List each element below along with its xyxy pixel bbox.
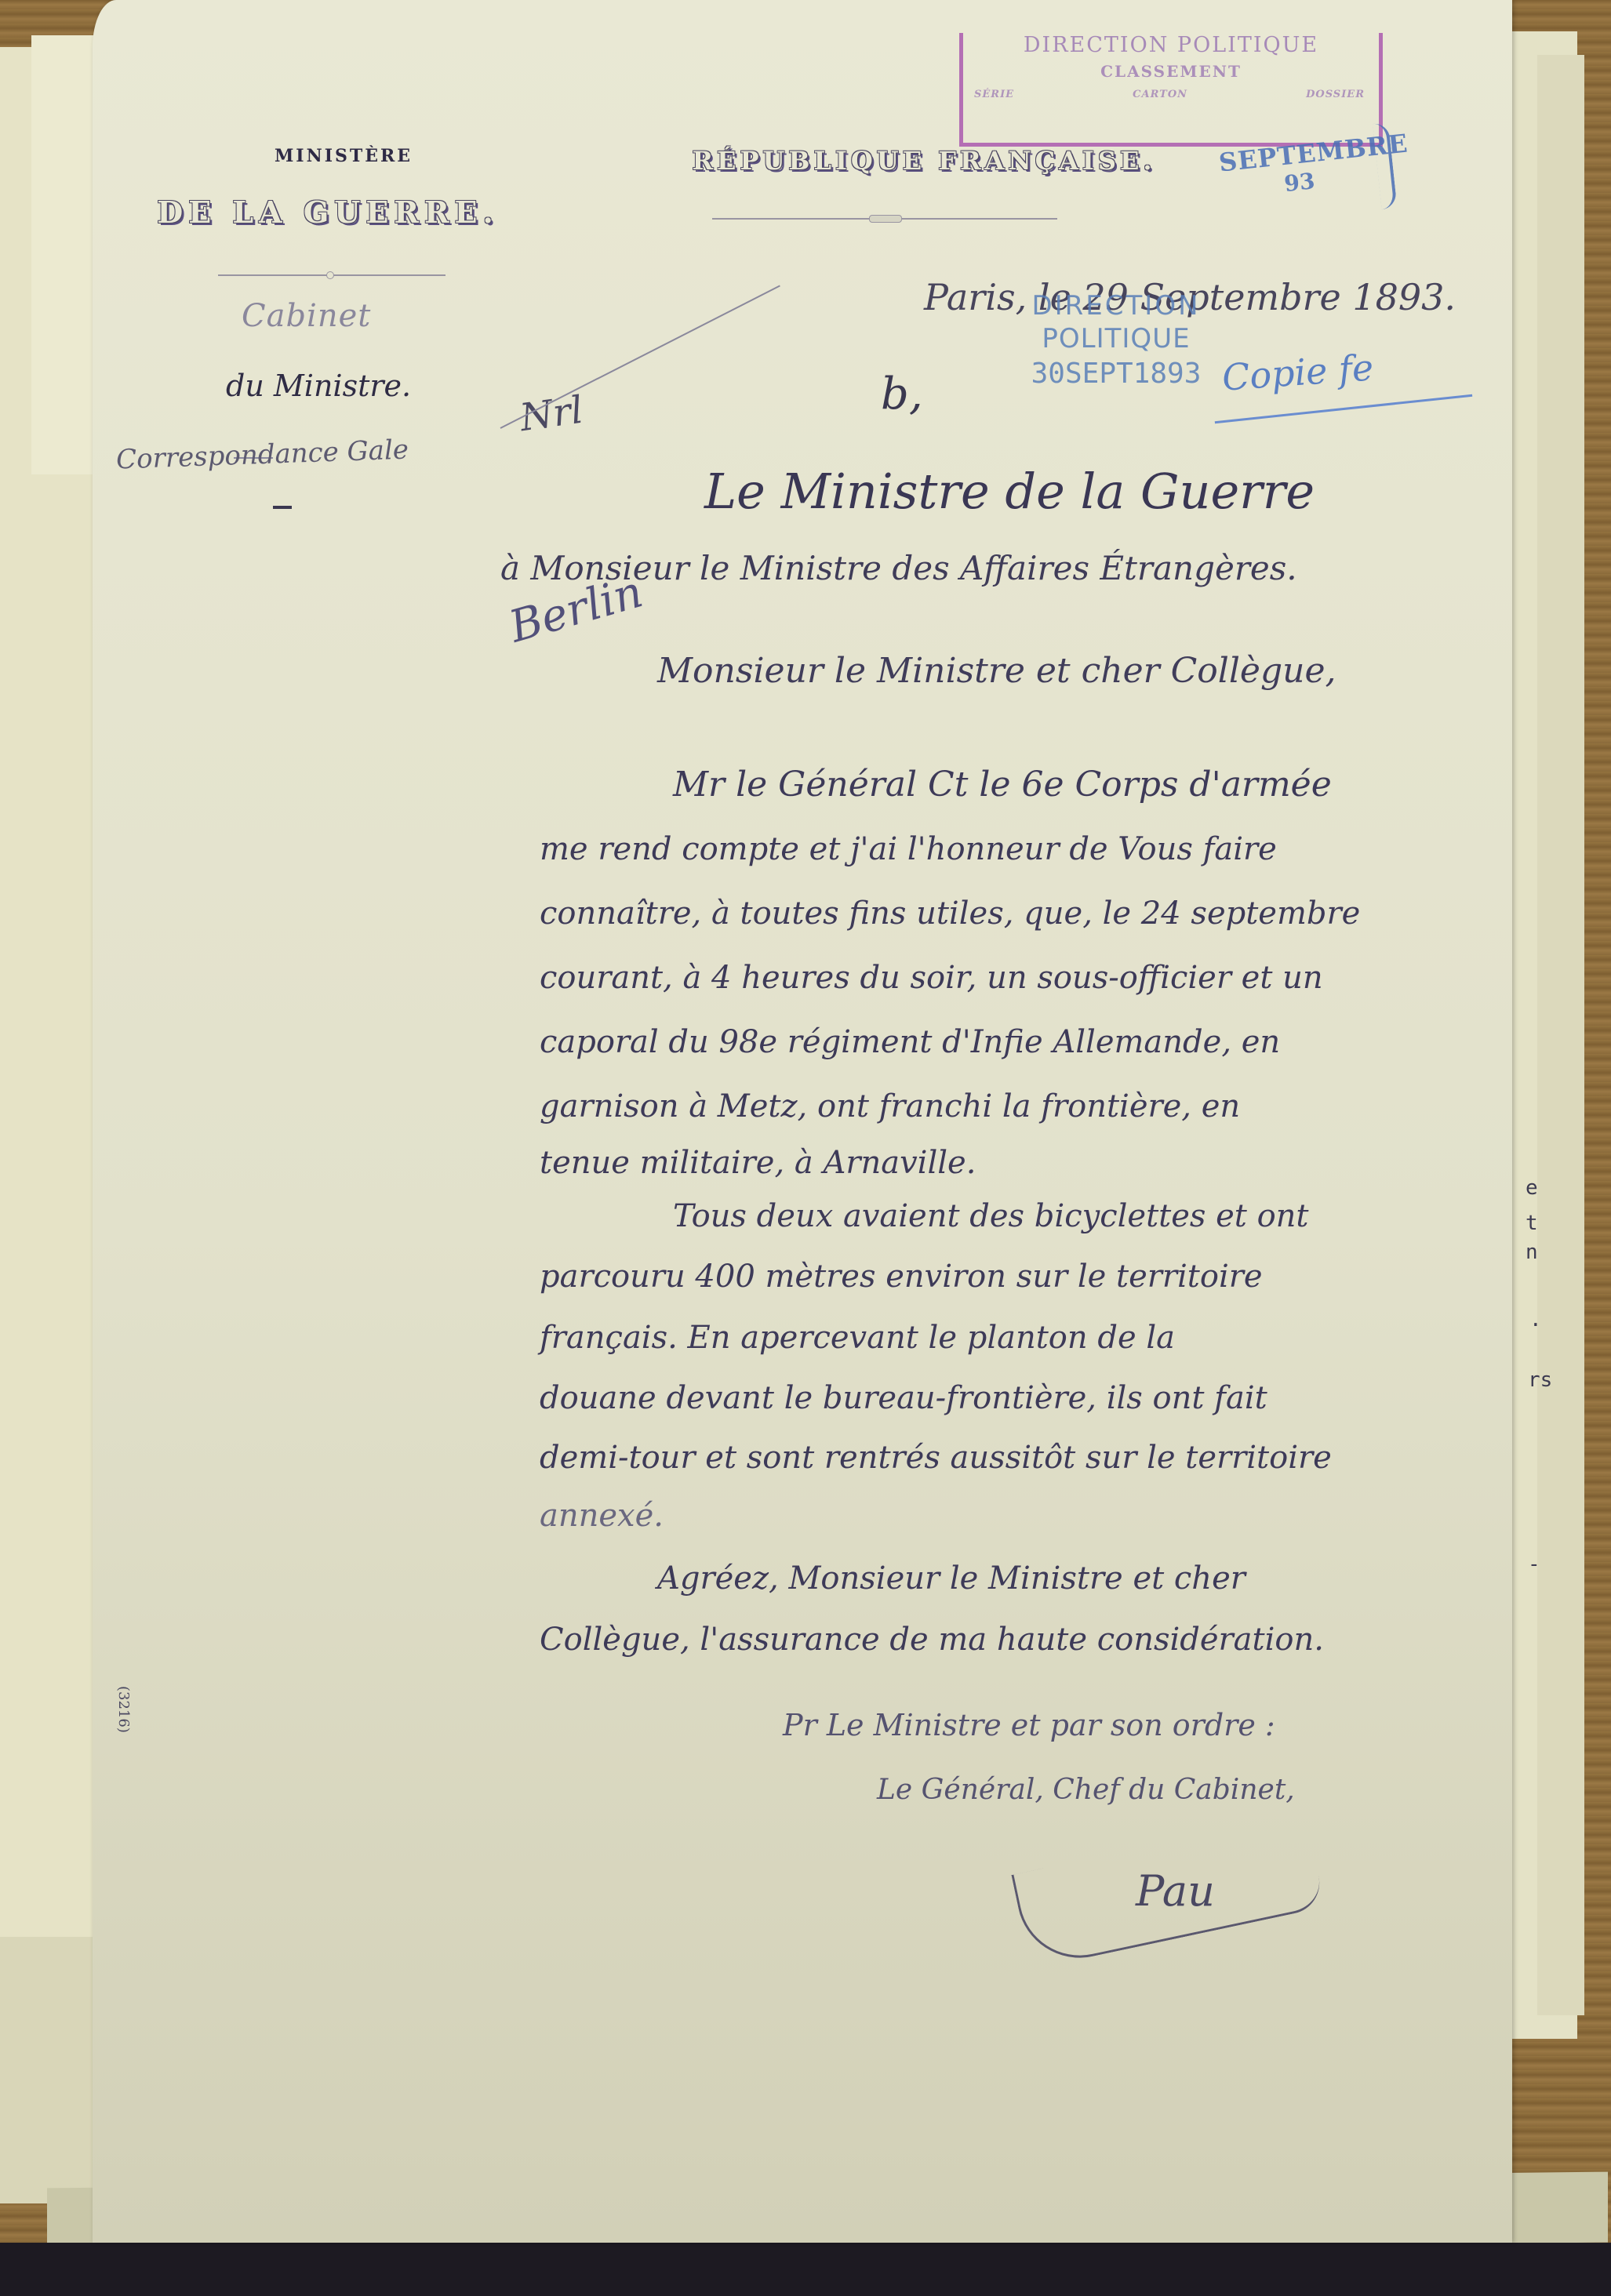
closing-line: Le Général, Chef du Cabinet, <box>877 1774 1295 1806</box>
margin-print-code: (3216) <box>115 1686 132 1733</box>
divider-ornament-icon <box>869 215 902 223</box>
body-line: Mr le Général Ct le 6e Corps d'armée <box>673 765 1332 805</box>
stamp-title: DIRECTION POLITIQUE <box>963 33 1379 57</box>
edge-letter: n <box>1526 1241 1538 1264</box>
body-line: connaître, à toutes fins utiles, que, le… <box>540 896 1360 932</box>
body-line: me rend compte et j'ai l'honneur de Vous… <box>540 831 1277 867</box>
divider-ornament-icon <box>326 271 334 279</box>
stamp-direction-line2: POLITIQUE <box>987 323 1246 354</box>
dash-mark <box>273 506 292 509</box>
body-line: garnison à Metz, ont franchi la frontièr… <box>540 1088 1240 1124</box>
ministry-name: DE LA GUERRE. <box>108 194 547 230</box>
letter-sheet: MINISTÈRE DE LA GUERRE. Cabinet du Minis… <box>93 0 1512 2243</box>
body-line: douane devant le bureau-frontière, ils o… <box>540 1380 1267 1416</box>
signature: Pau <box>1136 1866 1215 1916</box>
stamp-field-carton: CARTON <box>1133 89 1187 100</box>
diagonal-pencil-line <box>500 285 780 429</box>
salutation: Monsieur le Ministre et cher Collègue, <box>657 651 1336 691</box>
edge-letter: - <box>1528 1553 1540 1576</box>
copy-note-underline <box>1215 394 1473 423</box>
body-line: parcouru 400 mètres environ sur le terri… <box>540 1259 1263 1295</box>
bottom-shadow <box>0 2243 1611 2296</box>
body-line: Agréez, Monsieur le Ministre et cher <box>657 1560 1246 1597</box>
edge-letter: t <box>1526 1212 1538 1235</box>
stamp-field-dossier: DOSSIER <box>1306 89 1365 100</box>
edge-letter: . <box>1529 1308 1542 1331</box>
ministry-label: MINISTÈRE <box>187 146 500 166</box>
classement-stamp: DIRECTION POLITIQUE CLASSEMENT SÉRIE CAR… <box>959 33 1383 147</box>
stamp-fields: SÉRIE CARTON DOSSIER <box>963 89 1379 100</box>
sender-heading: Le Ministre de la Guerre <box>704 463 1315 520</box>
stamp-subtitle: CLASSEMENT <box>963 62 1379 81</box>
direction-politique-stamp: DIRECTION POLITIQUE 30SEPT1893 <box>987 290 1246 390</box>
received-stamp: SEPTEMBRE 93 <box>1217 132 1383 242</box>
body-line: Collègue, l'assurance de ma haute consid… <box>540 1622 1324 1658</box>
stamp-field-serie: SÉRIE <box>974 89 1014 100</box>
stamp-direction-line1: DIRECTION <box>987 290 1246 322</box>
body-line: français. En apercevant le planton de la <box>540 1320 1175 1356</box>
republic-heading: RÉPUBLIQUE FRANÇAISE. <box>626 146 1222 176</box>
stamp-direction-date: 30SEPT1893 <box>987 358 1246 390</box>
office-label: Cabinet <box>242 298 371 334</box>
body-line: annexé. <box>540 1498 664 1534</box>
body-line: demi-tour et sont rentrés aussitôt sur l… <box>540 1440 1332 1476</box>
body-line: Tous deux avaient des bicyclettes et ont <box>673 1198 1309 1234</box>
underlying-paper-right-2 <box>1537 55 1584 2015</box>
body-line: courant, à 4 heures du soir, un sous-off… <box>540 960 1323 996</box>
edge-letter: e <box>1526 1176 1538 1200</box>
edge-letter: rs <box>1528 1368 1552 1392</box>
body-line: tenue militaire, à Arnaville. <box>540 1145 976 1181</box>
office-of-label: du Ministre. <box>226 369 411 403</box>
closing-line: Pr Le Ministre et par son ordre : <box>783 1708 1275 1742</box>
check-mark-icon: b, <box>881 369 923 420</box>
body-line: caporal du 98e régiment d'Infie Allemand… <box>540 1024 1280 1060</box>
department-note: Correspondance Gale <box>115 434 409 476</box>
